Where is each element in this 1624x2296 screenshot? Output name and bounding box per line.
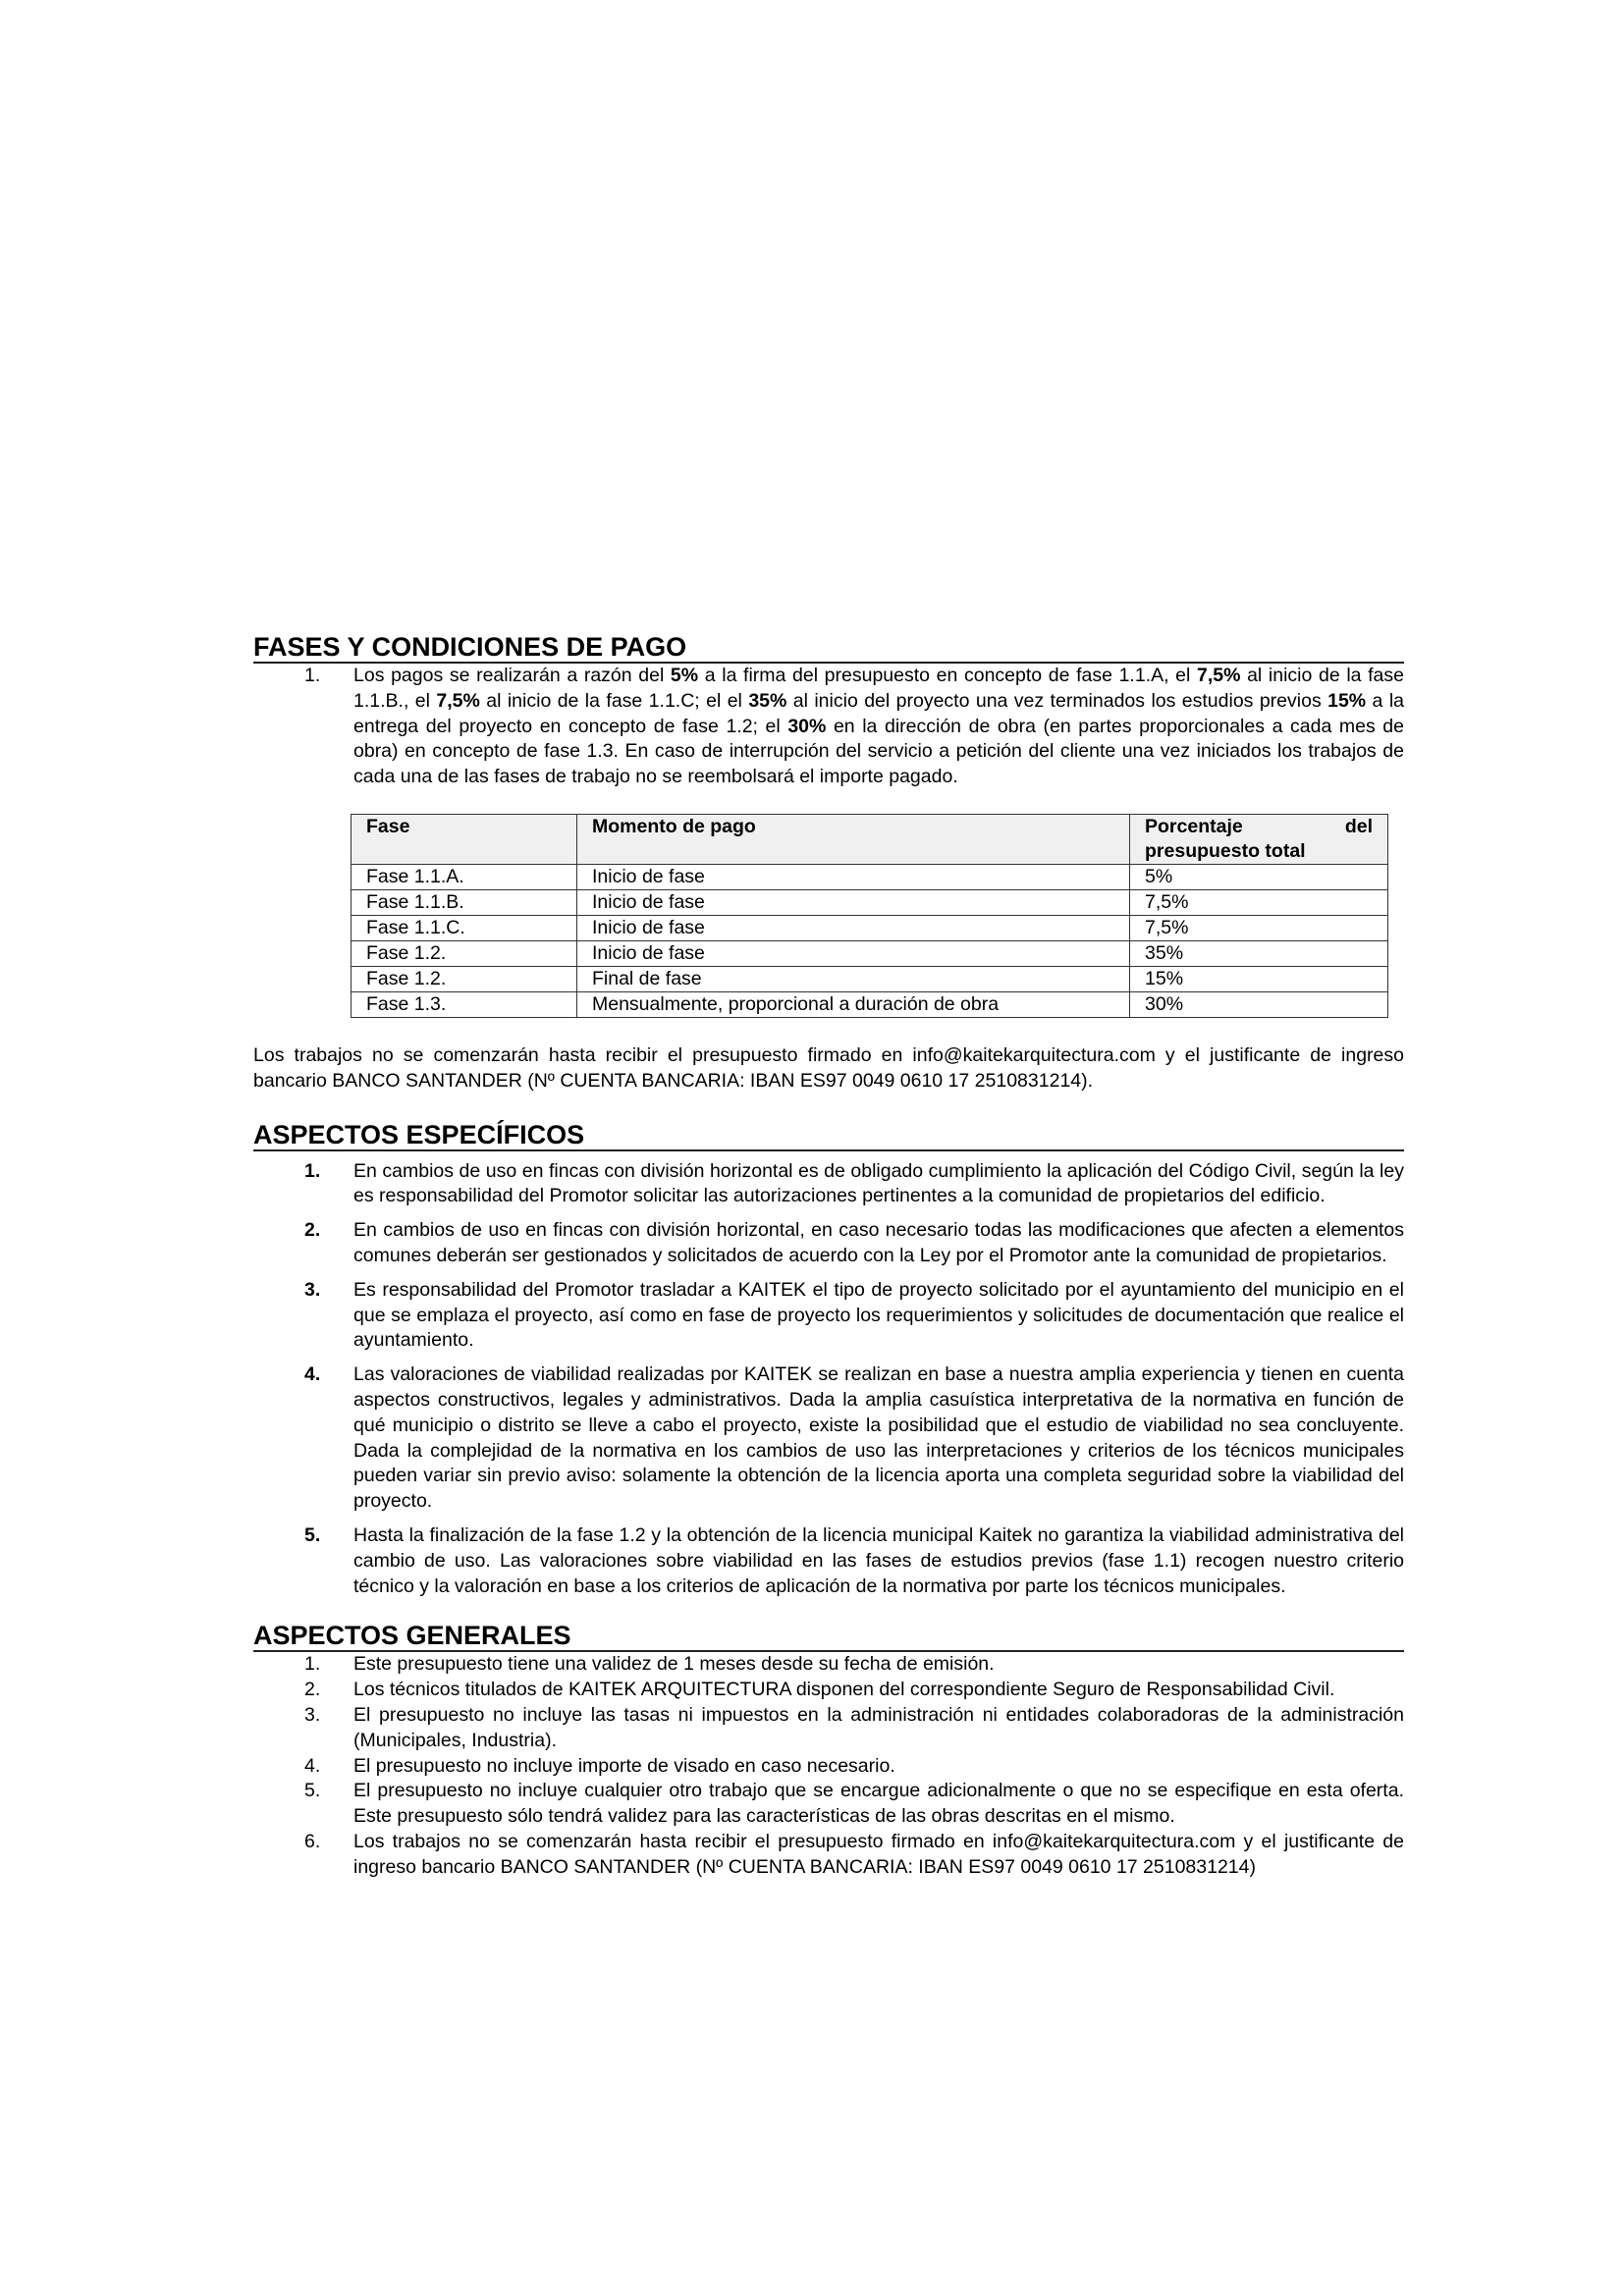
percentage-highlight: 7,5% [436, 690, 479, 712]
cell-porcentaje: 5% [1130, 864, 1388, 889]
list-text: Este presupuesto tiene una validez de 1 … [353, 1653, 995, 1675]
table-row: Fase 1.1.A.Inicio de fase5% [352, 864, 1388, 889]
section-title-generales: ASPECTOS GENERALES [253, 1621, 1404, 1652]
cell-fase: Fase 1.2. [352, 940, 577, 966]
percentage-highlight: 7,5% [1197, 665, 1240, 686]
list-text: Las valoraciones de viabilidad realizada… [353, 1363, 1404, 1512]
table-header-row: Fase Momento de pago Porcentaje del pres… [352, 814, 1388, 864]
cell-fase: Fase 1.1.C. [352, 915, 577, 940]
list-number: 3. [304, 1703, 320, 1729]
section-title-fases: FASES Y CONDICIONES DE PAGO [253, 632, 1404, 664]
list-item: 6.Los trabajos no se comenzarán hasta re… [253, 1830, 1404, 1881]
list-text: En cambios de uso en fincas con división… [353, 1219, 1404, 1266]
text-run: a la firma del presupuesto en concepto d… [698, 665, 1197, 686]
list-text: El presupuesto no incluye las tasas ni i… [353, 1704, 1404, 1751]
list-item: 5.Hasta la finalización de la fase 1.2 y… [253, 1523, 1404, 1599]
section-especificos: ASPECTOS ESPECÍFICOS 1.En cambios de uso… [253, 1120, 1404, 1600]
table-row: Fase 1.1.B.Inicio de fase7,5% [352, 889, 1388, 915]
list-item: 2.Los técnicos titulados de KAITEK ARQUI… [253, 1678, 1404, 1703]
percentage-highlight: 30% [787, 716, 826, 737]
list-number: 5. [304, 1523, 320, 1549]
payment-table: Fase Momento de pago Porcentaje del pres… [351, 814, 1388, 1018]
list-item: 1. Los pagos se realizarán a razón del 5… [253, 664, 1404, 790]
list-number: 5. [304, 1779, 320, 1804]
cell-porcentaje: 35% [1130, 940, 1388, 966]
fases-list: 1. Los pagos se realizarán a razón del 5… [253, 664, 1404, 790]
cell-fase: Fase 1.1.B. [352, 889, 577, 915]
table-row: Fase 1.1.C.Inicio de fase7,5% [352, 915, 1388, 940]
text-run: Los pagos se realizarán a razón del [353, 665, 671, 686]
table-row: Fase 1.2.Inicio de fase35% [352, 940, 1388, 966]
section-generales: ASPECTOS GENERALES 1.Este presupuesto ti… [253, 1621, 1404, 1880]
list-item: 3.Es responsabilidad del Promotor trasla… [253, 1278, 1404, 1354]
list-text: Hasta la finalización de la fase 1.2 y l… [353, 1524, 1404, 1597]
percentage-highlight: 35% [748, 690, 786, 712]
cell-porcentaje: 7,5% [1130, 915, 1388, 940]
text-run: al inicio del proyecto una vez terminado… [786, 690, 1327, 712]
table-row: Fase 1.3.Mensualmente, proporcional a du… [352, 991, 1388, 1017]
cell-momento: Inicio de fase [577, 889, 1130, 915]
cell-momento: Final de fase [577, 966, 1130, 991]
table-row: Fase 1.2.Final de fase15% [352, 966, 1388, 991]
payment-note: Los trabajos no se comenzarán hasta reci… [253, 1043, 1404, 1095]
section-fases-pago: FASES Y CONDICIONES DE PAGO 1. Los pagos… [253, 632, 1404, 1095]
cell-momento: Inicio de fase [577, 940, 1130, 966]
list-number: 2. [304, 1678, 320, 1703]
list-number: 2. [304, 1218, 320, 1244]
cell-porcentaje: 30% [1130, 991, 1388, 1017]
generales-list: 1.Este presupuesto tiene una validez de … [253, 1652, 1404, 1880]
cell-fase: Fase 1.2. [352, 966, 577, 991]
cell-fase: Fase 1.1.A. [352, 864, 577, 889]
payment-table-body: Fase 1.1.A.Inicio de fase5%Fase 1.1.B.In… [352, 864, 1388, 1017]
payment-terms-text: Los pagos se realizarán a razón del 5% a… [353, 665, 1404, 787]
header-momento: Momento de pago [577, 814, 1130, 864]
cell-momento: Mensualmente, proporcional a duración de… [577, 991, 1130, 1017]
list-text: Los técnicos titulados de KAITEK ARQUITE… [353, 1679, 1334, 1700]
header-fase: Fase [352, 814, 577, 864]
list-item: 1.Este presupuesto tiene una validez de … [253, 1652, 1404, 1678]
cell-porcentaje: 15% [1130, 966, 1388, 991]
list-number: 4. [304, 1754, 320, 1780]
header-porcentaje: Porcentaje del presupuesto total [1130, 814, 1388, 864]
list-text: El presupuesto no incluye cualquier otro… [353, 1780, 1404, 1827]
list-text: Es responsabilidad del Promotor traslada… [353, 1279, 1404, 1352]
percentage-highlight: 5% [671, 665, 698, 686]
especificos-list: 1.En cambios de uso en fincas con divisi… [253, 1159, 1404, 1600]
list-number: 6. [304, 1830, 320, 1855]
cell-porcentaje: 7,5% [1130, 889, 1388, 915]
list-text: En cambios de uso en fincas con división… [353, 1160, 1404, 1207]
list-item: 2.En cambios de uso en fincas con divisi… [253, 1218, 1404, 1269]
list-text: Los trabajos no se comenzarán hasta reci… [353, 1831, 1404, 1878]
list-number: 1. [304, 1652, 320, 1678]
section-title-especificos: ASPECTOS ESPECÍFICOS [253, 1120, 1404, 1151]
list-number: 3. [304, 1278, 320, 1304]
cell-momento: Inicio de fase [577, 864, 1130, 889]
cell-fase: Fase 1.3. [352, 991, 577, 1017]
percentage-highlight: 15% [1327, 690, 1366, 712]
list-item: 4.Las valoraciones de viabilidad realiza… [253, 1362, 1404, 1515]
text-run: al inicio de la fase 1.1.C; el el [480, 690, 748, 712]
list-number: 1. [304, 664, 320, 689]
list-item: 1.En cambios de uso en fincas con divisi… [253, 1159, 1404, 1210]
list-number: 1. [304, 1159, 320, 1185]
list-item: 3.El presupuesto no incluye las tasas ni… [253, 1703, 1404, 1754]
list-number: 4. [304, 1362, 320, 1388]
list-item: 5.El presupuesto no incluye cualquier ot… [253, 1779, 1404, 1830]
cell-momento: Inicio de fase [577, 915, 1130, 940]
list-item: 4.El presupuesto no incluye importe de v… [253, 1754, 1404, 1780]
document-page: FASES Y CONDICIONES DE PAGO 1. Los pagos… [253, 632, 1404, 1881]
list-text: El presupuesto no incluye importe de vis… [353, 1755, 895, 1777]
